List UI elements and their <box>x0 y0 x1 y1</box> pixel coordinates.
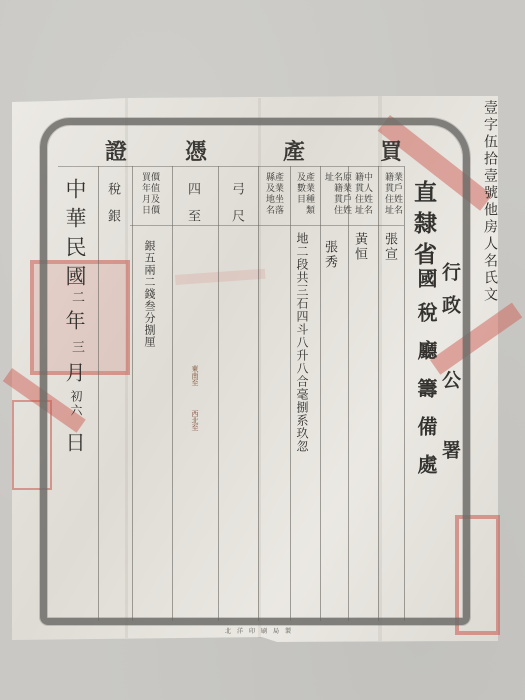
header-location: 產業坐落縣及地名 <box>264 172 282 224</box>
title-char-certificate: 證 <box>105 135 127 166</box>
boundary-east-south: 東南至 <box>190 365 200 386</box>
header-property-type: 產業種類及數目 <box>295 172 313 224</box>
issuer-line-chu: 處 <box>416 454 436 482</box>
issuer-line-xing: 行 <box>440 262 459 281</box>
issuer-line-gong: 公 <box>440 370 459 389</box>
boundary-west-north: 西北至 <box>190 410 200 431</box>
date-month-value: 三 <box>70 340 83 355</box>
value-price: 銀五兩二錢叁分捌厘 <box>144 240 155 348</box>
printer-mark: 北洋印刷局製 <box>225 626 297 635</box>
grid-rule <box>172 166 173 621</box>
value-middleman-name: 黃恒 <box>353 232 366 262</box>
grid-rule <box>378 166 379 621</box>
header-tax-silver: 稅銀 <box>106 182 119 236</box>
date-era: 中華民國 <box>64 178 85 294</box>
title-char-voucher: 憑 <box>185 135 207 166</box>
issuer-line-shui: 稅 <box>416 302 436 330</box>
header-middleman: 中人姓名籍貫住址 <box>353 172 371 224</box>
grid-rule <box>404 166 405 621</box>
header-dimensions: 弓尺 <box>230 182 243 236</box>
date-day-value: 初六 <box>70 390 82 418</box>
grid-rule <box>320 166 321 621</box>
grid-rule <box>218 166 219 621</box>
issuer-line-ting: 廳 <box>416 340 436 368</box>
title-char-property: 產 <box>283 135 305 166</box>
issuer-line-guo: 國 <box>416 268 436 296</box>
value-seller-name: 張秀 <box>323 240 336 270</box>
grid-rule <box>348 166 349 621</box>
grid-rule <box>290 166 291 621</box>
issuer-line-bei: 備 <box>416 416 436 444</box>
grid-rule <box>132 166 133 621</box>
date-year-label: 年 <box>64 310 84 330</box>
date-month-label: 月 <box>64 362 84 382</box>
date-year-value: 二 <box>70 290 83 305</box>
header-buyer: 業戶姓名籍貫住址 <box>383 172 401 224</box>
grid-rule-top <box>58 166 404 167</box>
header-value-date: 價值及價買年月日 <box>140 172 158 224</box>
issuer-line-shu: 署 <box>440 440 459 459</box>
issuer-line-zheng: 政 <box>440 295 459 314</box>
value-property-description: 地二段共三石四斗八升八合毫捌系玖忽 <box>296 232 308 453</box>
header-boundaries: 四至 <box>186 182 199 236</box>
edge-serial-annotation: 壹字伍拾壹號他房人名氏文 <box>480 100 500 380</box>
issuer-province: 直隸省 <box>412 180 435 273</box>
title-char-buy: 買 <box>380 135 402 166</box>
grid-rule <box>98 166 99 621</box>
header-seller: 原業戶姓名籍貫住址 <box>323 172 350 224</box>
issuer-line-chou: 籌 <box>416 378 436 406</box>
grid-rule <box>258 166 259 621</box>
date-day-label: 日 <box>64 432 84 452</box>
value-buyer-name: 張宣 <box>383 232 396 262</box>
